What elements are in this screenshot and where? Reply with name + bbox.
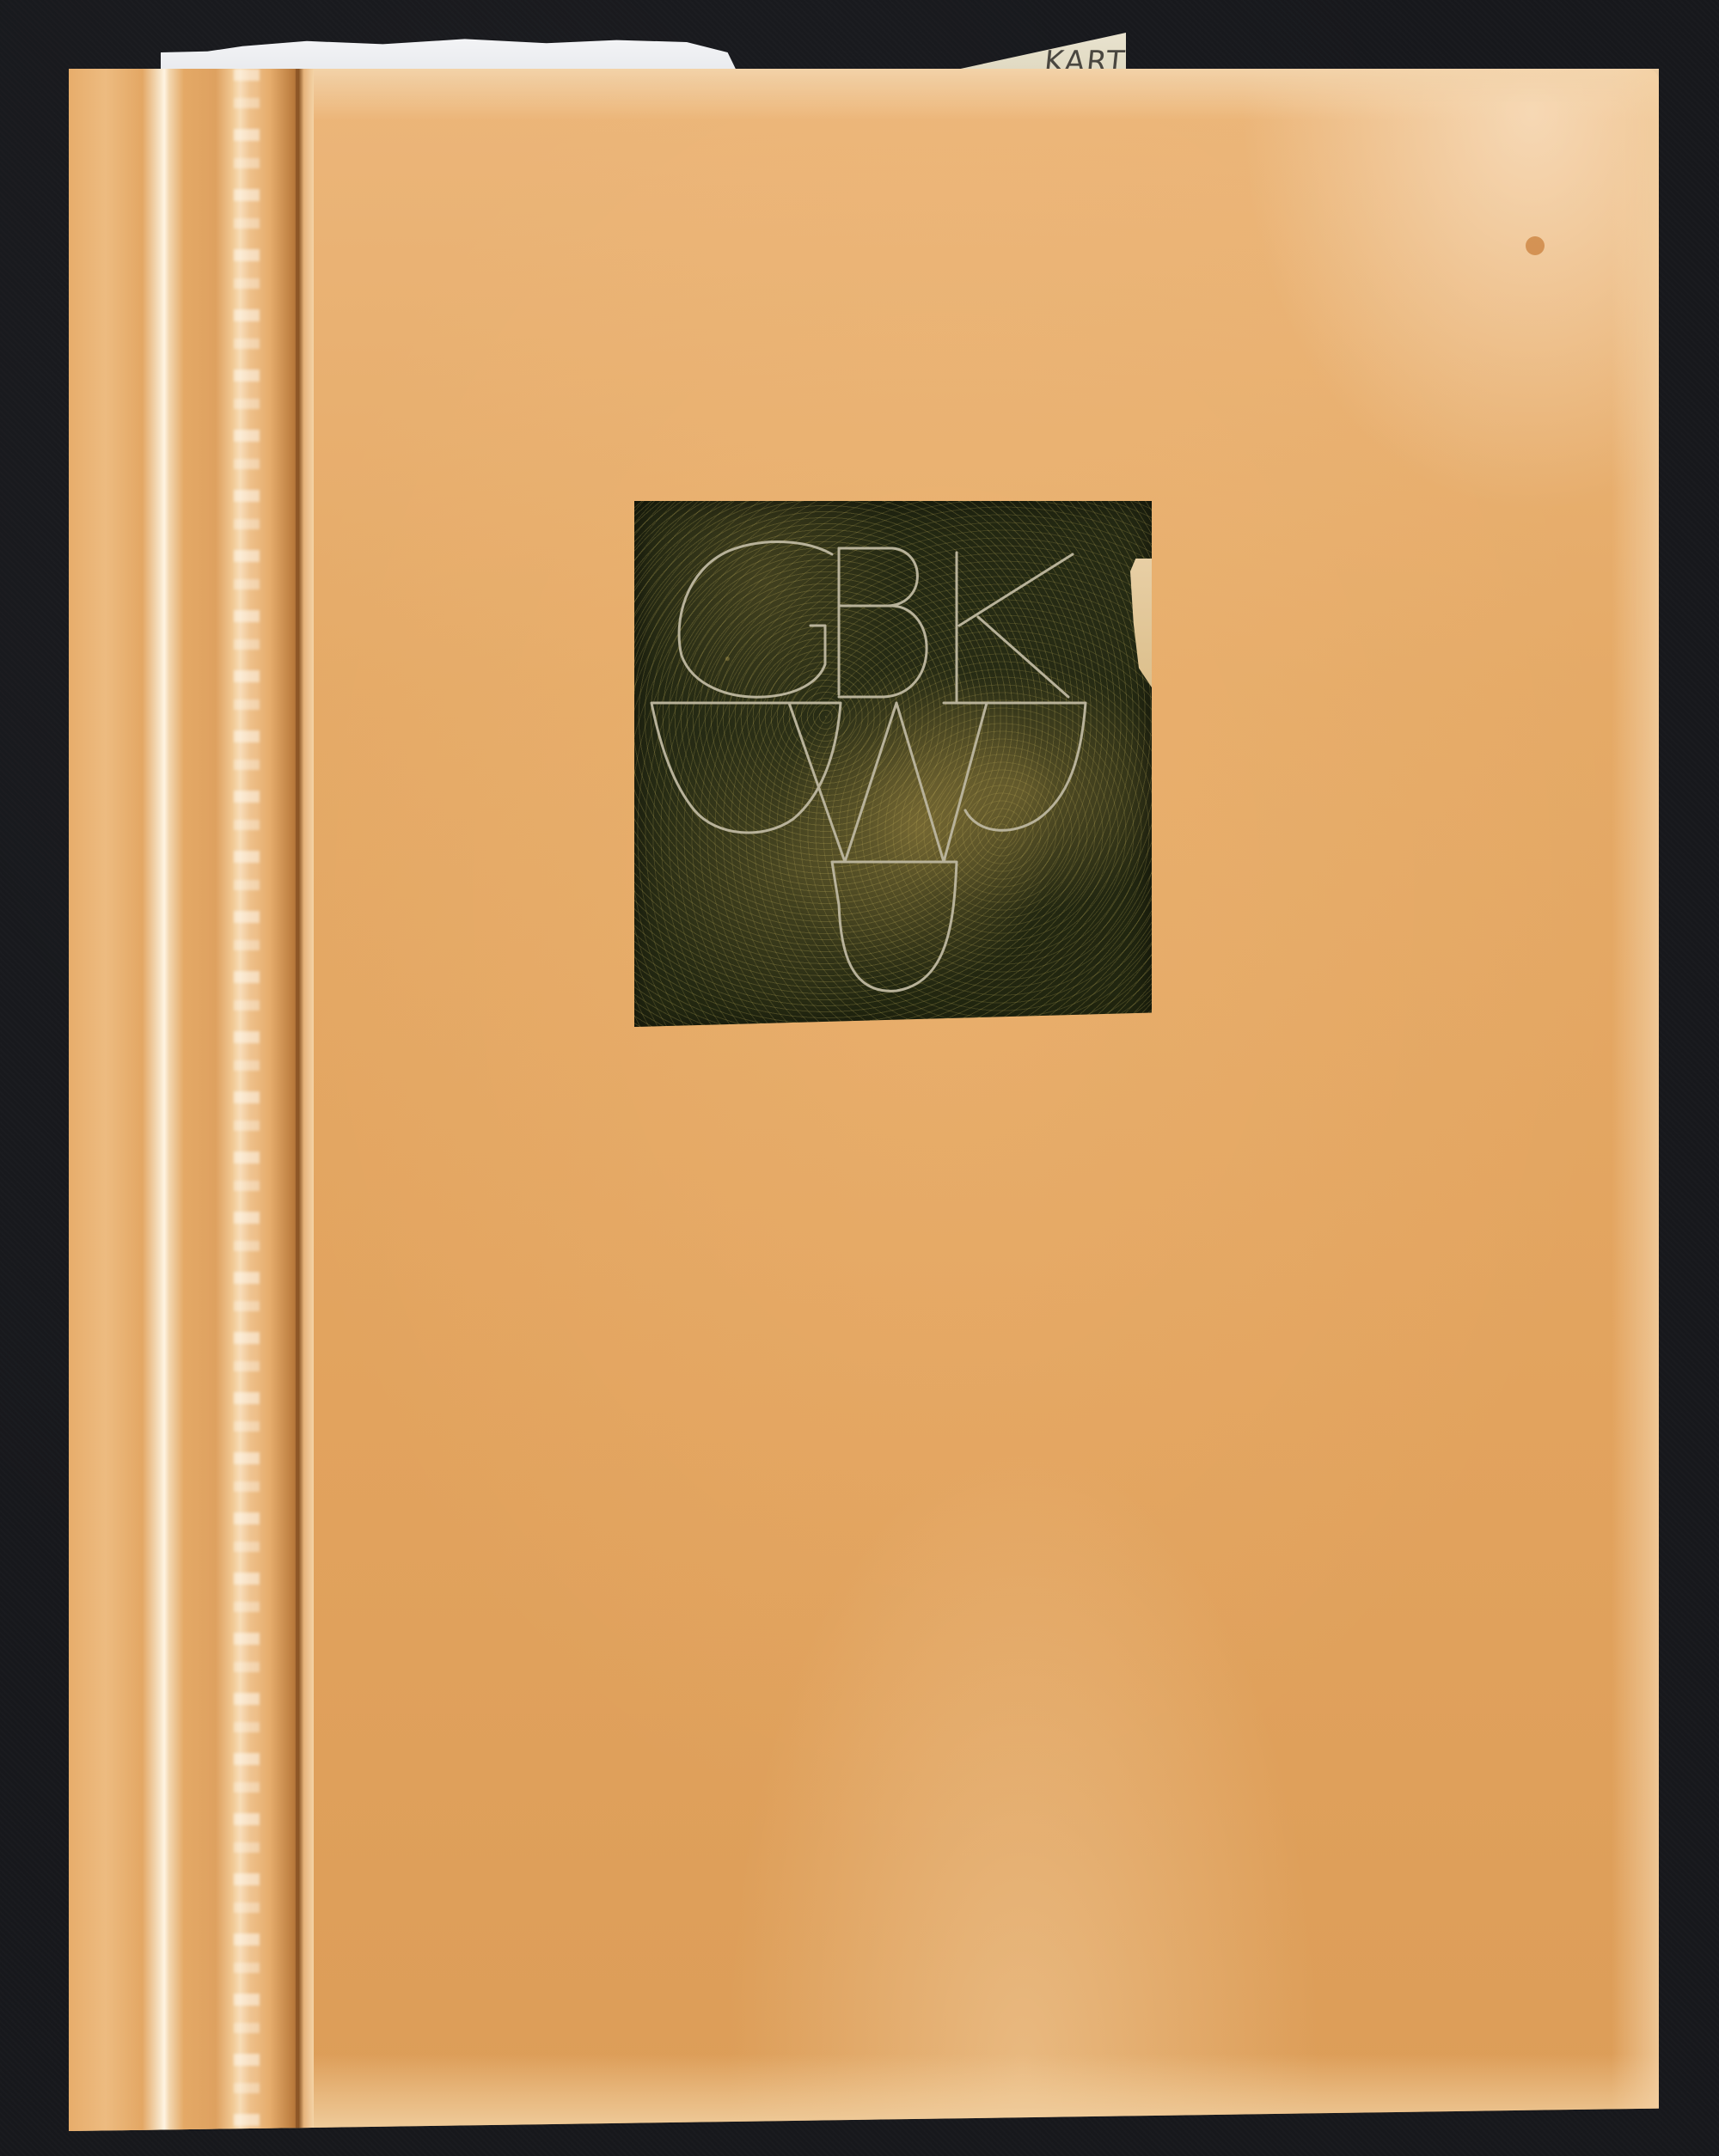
- book-spine: [69, 69, 314, 2131]
- stain-mark: [1526, 236, 1545, 255]
- engraved-monogram: [634, 501, 1152, 1027]
- right-edge-wear: [1612, 69, 1659, 2131]
- spine-joint-wrinkle: [234, 69, 260, 2131]
- monogram-icon: [634, 501, 1152, 1027]
- book-cover: [69, 69, 1659, 2131]
- hinge-groove: [296, 69, 299, 2131]
